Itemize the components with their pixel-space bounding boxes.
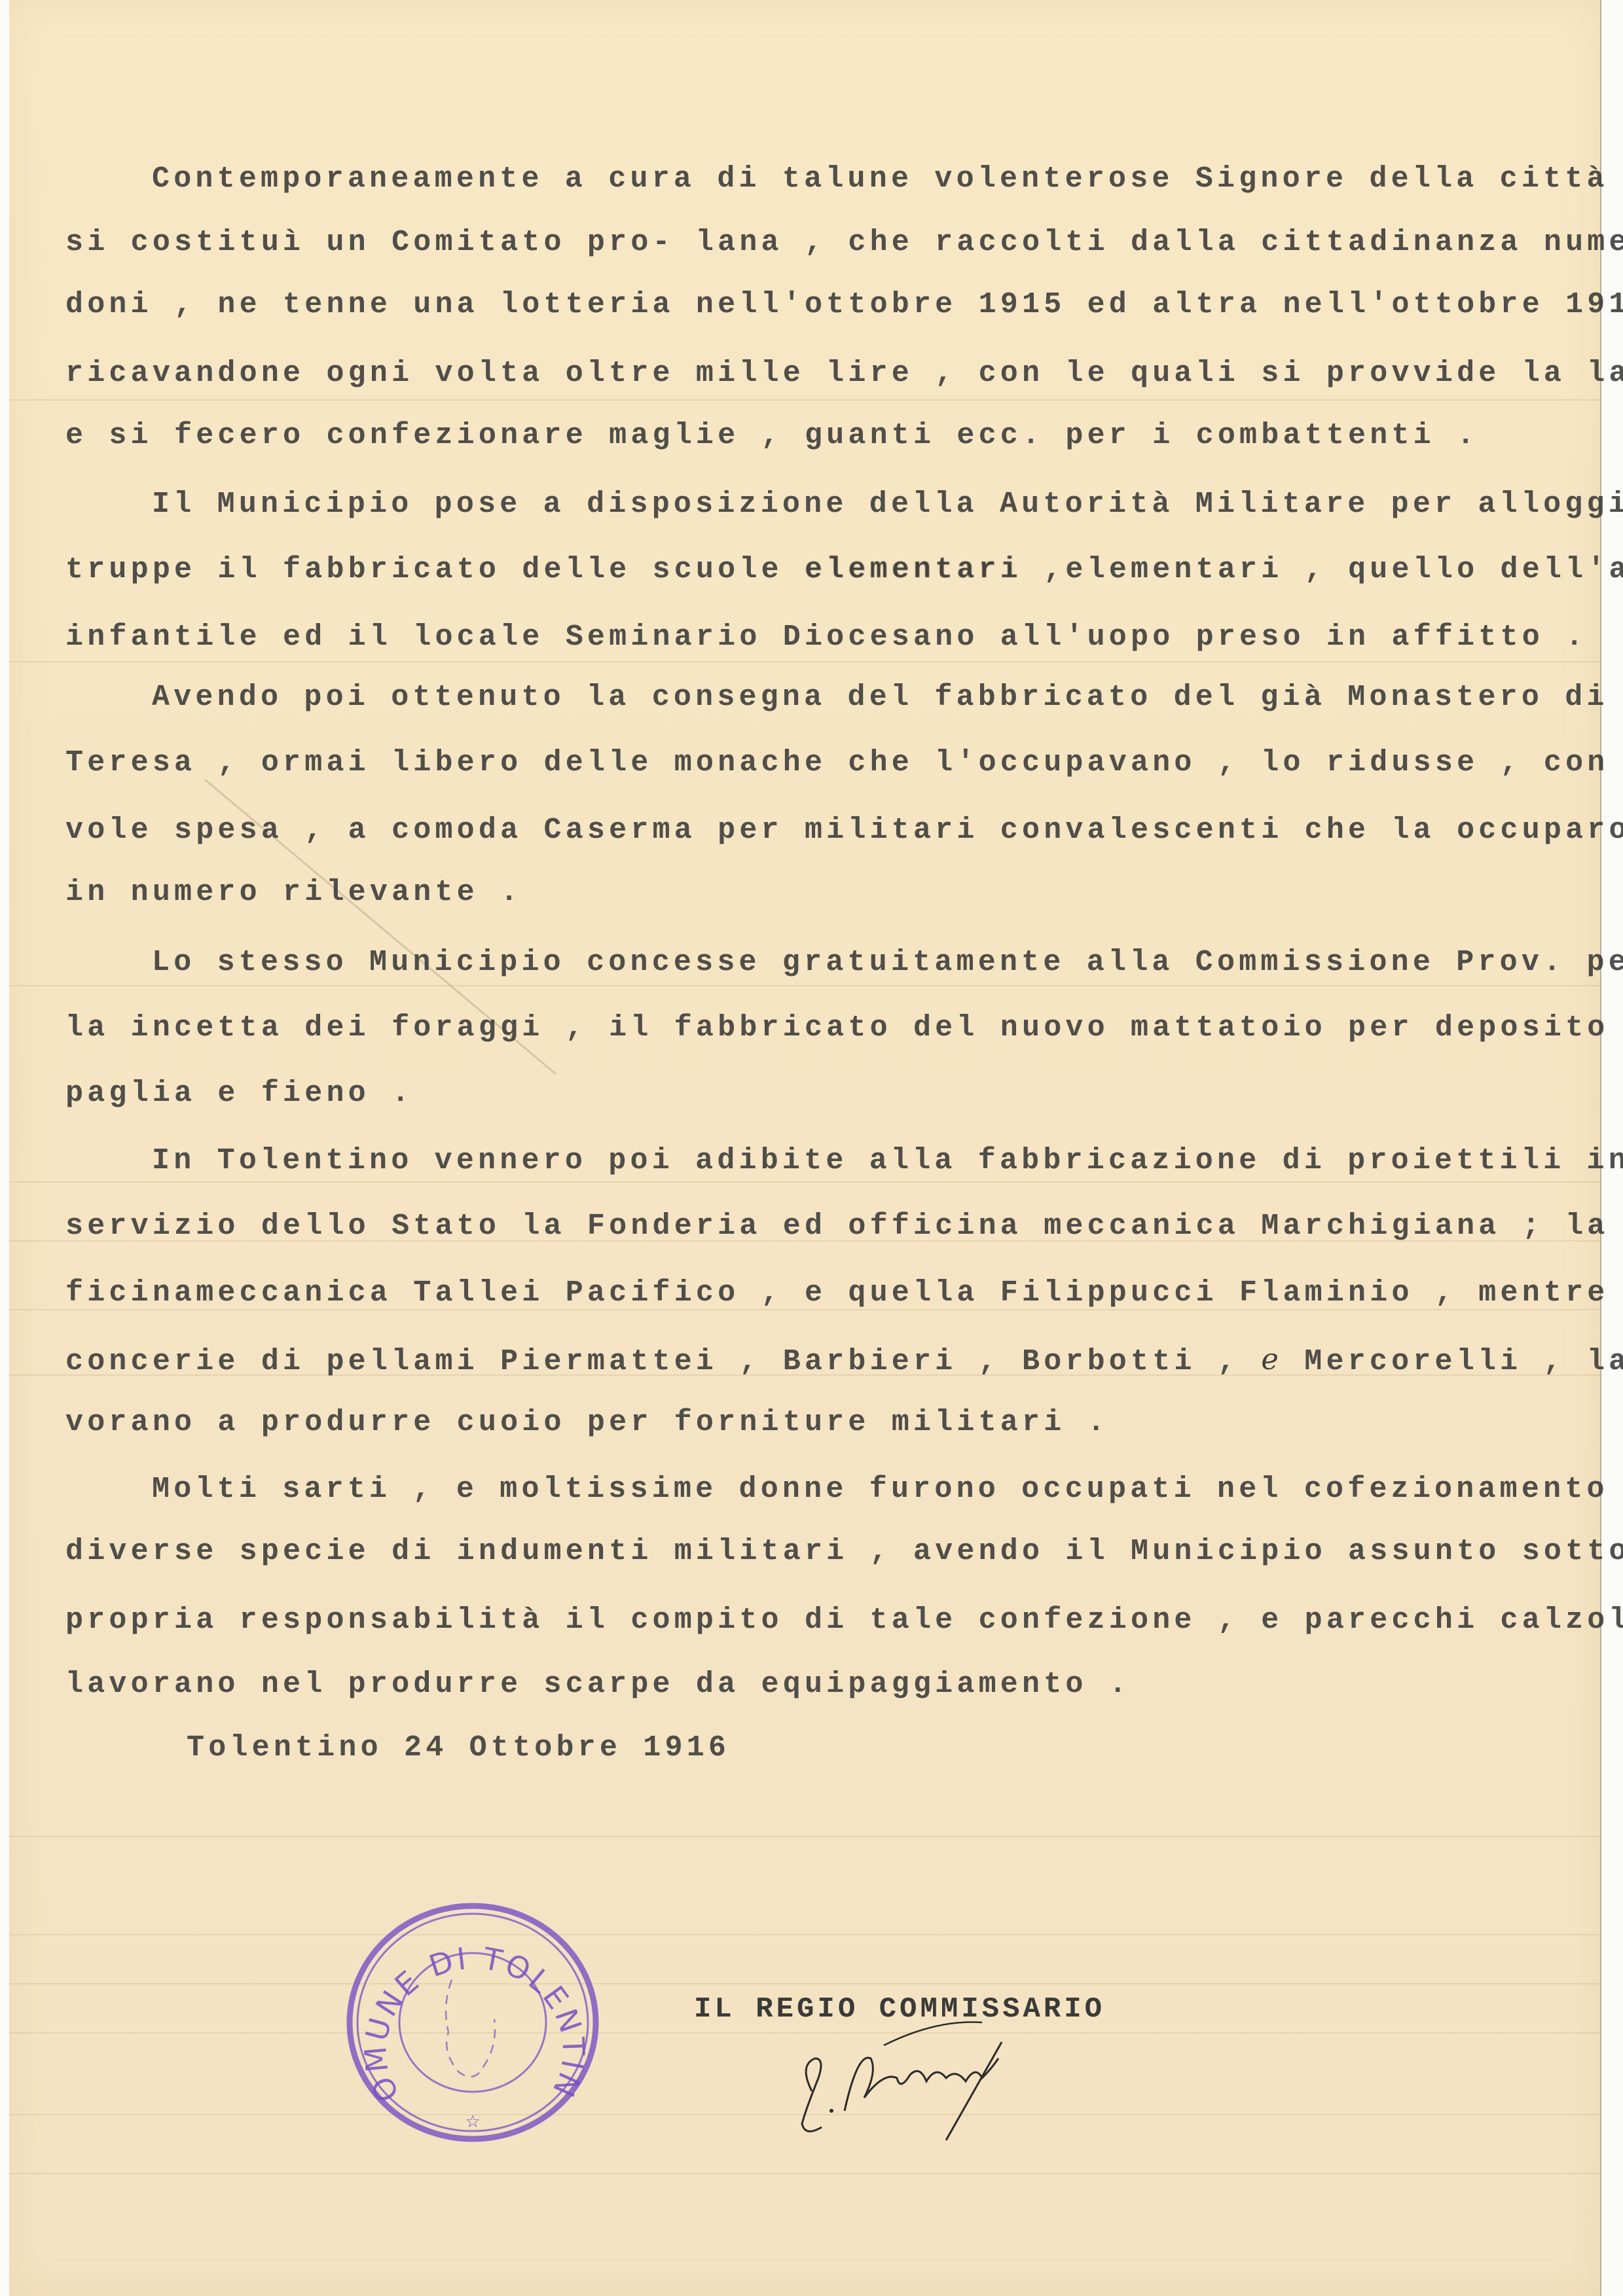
ruling-line: [9, 1983, 1600, 1984]
text-line: Avendo poi ottenuto la consegna del fabb…: [152, 681, 1623, 714]
text-line: lavorano nel produrre scarpe da equipagg…: [65, 1668, 1131, 1701]
ruling-line: [9, 661, 1600, 662]
ruling-line: [9, 1934, 1600, 1935]
star-icon: ☆: [465, 2112, 480, 2132]
municipal-stamp: COMUNE DI TOLENTINO ☆: [344, 1901, 602, 2144]
date-line: Tolentino 24 Ottobre 1916: [187, 1731, 730, 1765]
text-line: paglia e fieno .: [65, 1077, 413, 1110]
text-line: Contemporaneamente a cura di talune vole…: [152, 162, 1623, 196]
text-line: e si fecero confezionare maglie , guanti…: [65, 419, 1478, 452]
ruling-line: [9, 1181, 1600, 1183]
handwritten-correction: e: [1261, 1342, 1283, 1376]
text-line: doni , ne tenne una lotteria nell'ottobr…: [65, 288, 1623, 321]
ruling-line: [9, 2173, 1600, 2174]
text-segment: Mercorelli , la-: [1283, 1345, 1623, 1378]
text-line: vorano a produrre cuoio per forniture mi…: [65, 1406, 1109, 1439]
text-segment: truppe il fabbricato delle scuole: [65, 553, 805, 586]
text-line: Lo stesso Municipio concesse gratuitamen…: [152, 946, 1623, 979]
struck-word: elementari: [805, 553, 1022, 586]
text-line: diverse specie di indumenti militari , a…: [65, 1535, 1623, 1568]
text-line: propria responsabilità il compito di tal…: [65, 1604, 1623, 1637]
text-line: Teresa , ormai libero delle monache che …: [65, 746, 1623, 780]
text-line: si costituì un Comitato pro- lana , che …: [65, 226, 1623, 259]
text-segment: concerie di pellami Piermattei , Barbier…: [65, 1345, 1261, 1378]
handwritten-signature: [786, 2013, 1074, 2144]
text-line: Molti sarti , e moltissime donne furono …: [152, 1473, 1623, 1506]
text-segment: ,elementari , quello dell'asilo: [1022, 553, 1623, 586]
ruling-line: [9, 399, 1600, 401]
ruling-line: [9, 1836, 1600, 1837]
text-line: ficinameccanica Tallei Pacifico , e quel…: [65, 1276, 1623, 1310]
text-line: servizio dello Stato la Fonderia ed offi…: [65, 1210, 1623, 1243]
text-line: la incetta dei foraggi , il fabbricato d…: [65, 1011, 1623, 1045]
text-line: ricavandone ogni volta oltre mille lire …: [65, 357, 1623, 390]
text-line: truppe il fabbricato delle scuole elemen…: [65, 553, 1623, 586]
text-line: vole spesa , a comoda Caserma per milita…: [65, 814, 1623, 847]
stamp-emblem-icon: [446, 1980, 495, 2077]
text-line: concerie di pellami Piermattei , Barbier…: [65, 1342, 1623, 1378]
text-line: In Tolentino vennero poi adibite alla fa…: [152, 1144, 1623, 1177]
text-line: in numero rilevante .: [65, 876, 522, 909]
ruling-line: [9, 985, 1600, 986]
text-line: infantile ed il locale Seminario Diocesa…: [65, 620, 1587, 654]
text-line: Il Municipio pose a disposizione della A…: [152, 488, 1623, 521]
